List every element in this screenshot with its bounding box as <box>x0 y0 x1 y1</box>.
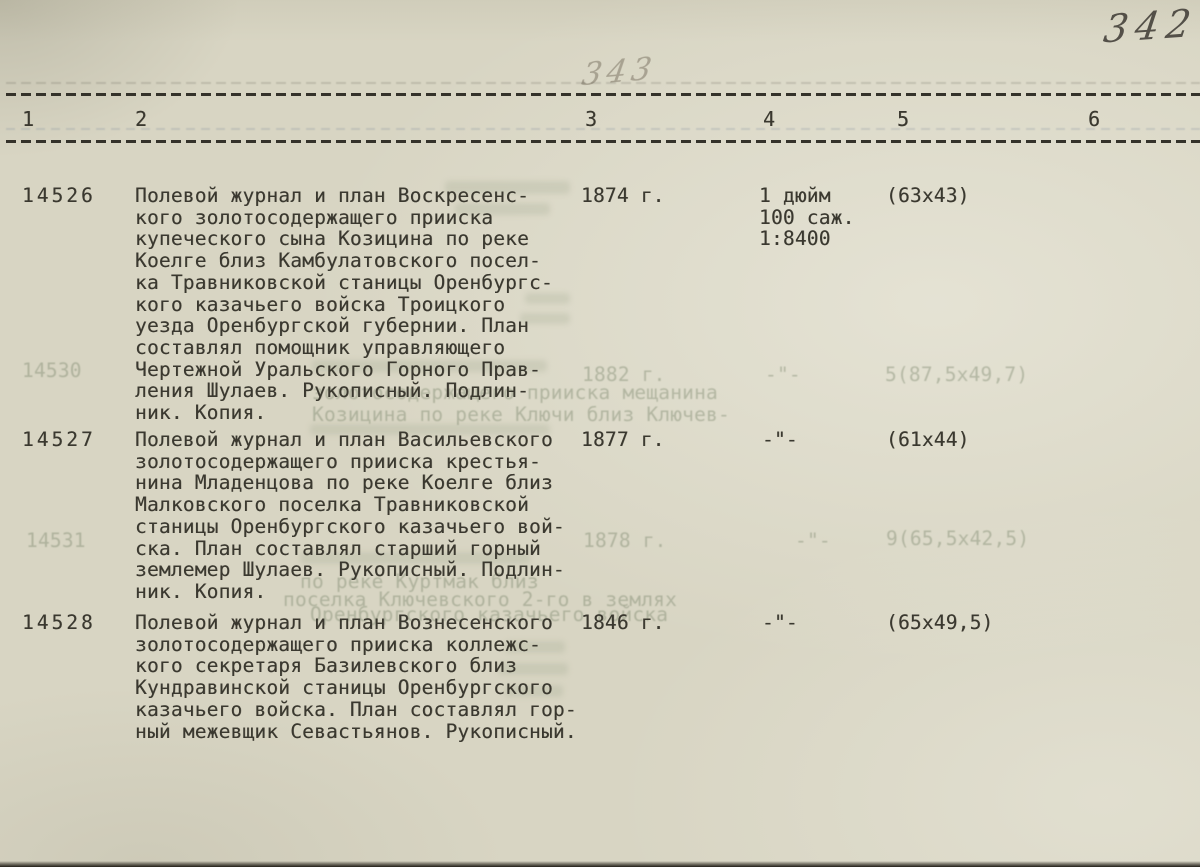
entry-number: 14528 <box>22 612 96 634</box>
entry-ditto-mark: -"- <box>762 612 798 634</box>
bleedthrough-date: 1882 г. <box>582 364 666 386</box>
bleedthrough-entry-number: 14530 <box>22 360 82 382</box>
dashed-rule-bottom <box>6 140 1200 143</box>
column-header-2: 2 <box>135 109 147 131</box>
bleedthrough-ditto-mark: -"- <box>795 530 831 552</box>
dashed-rule-ghost-blue <box>6 128 1200 130</box>
dashed-rule-top <box>6 93 1200 96</box>
entry-number: 14527 <box>22 429 96 451</box>
entry-dimensions: (65x49,5) <box>886 612 993 634</box>
bleedthrough-dimensions: 5(87,5x49,7) <box>885 364 1028 386</box>
bleedthrough-entry-number: 14531 <box>26 530 86 552</box>
column-header-3: 3 <box>585 109 597 131</box>
entry-scale: 1 дюйм 100 саж. 1:8400 <box>759 185 855 250</box>
entry-date: 1874 г. <box>581 185 665 207</box>
scan-dark-edge <box>0 861 1200 867</box>
bleedthrough-dimensions: 9(65,5x42,5) <box>886 528 1029 550</box>
entry-description: Полевой журнал и план Васильевского золо… <box>135 429 585 603</box>
entry-ditto-mark: -"- <box>762 429 798 451</box>
bleedthrough-ditto-mark: -"- <box>765 364 801 386</box>
entry-dimensions: (61x44) <box>886 429 970 451</box>
entry-date: 1846 г. <box>581 612 665 634</box>
entry-date: 1877 г. <box>581 429 665 451</box>
column-header-4: 4 <box>763 109 775 131</box>
entry-dimensions: (63x43) <box>886 185 970 207</box>
column-header-6: 6 <box>1088 109 1100 131</box>
entry-description: Полевой журнал и план Вознесенского золо… <box>135 612 585 742</box>
bleedthrough-date: 1878 г. <box>583 530 667 552</box>
column-header-1: 1 <box>22 109 34 131</box>
dashed-rule-ghost <box>6 82 1200 84</box>
scanned-archive-catalog-page: 14530 золотосодержащего прииска мещанина… <box>0 0 1200 867</box>
handwritten-page-number-ghost: 343 <box>579 50 659 93</box>
entry-number: 14526 <box>22 185 96 207</box>
entry-description: Полевой журнал и план Воскресенс- кого з… <box>135 185 585 424</box>
handwritten-page-number: 342 <box>1101 0 1200 51</box>
column-header-5: 5 <box>897 109 909 131</box>
